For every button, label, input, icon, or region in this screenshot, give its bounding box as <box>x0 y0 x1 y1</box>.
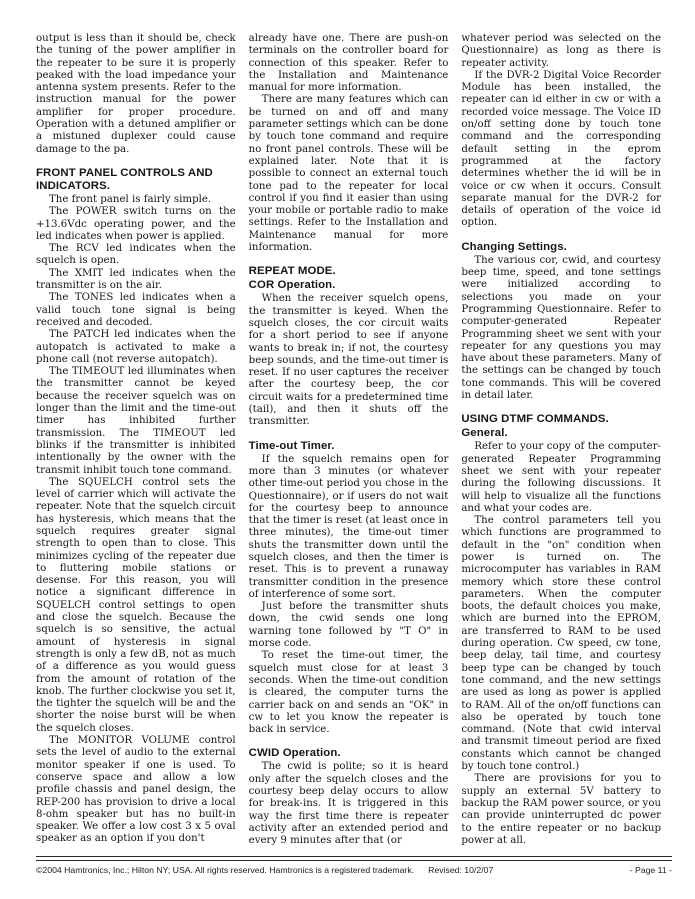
page-footer: ©2004 Hamtronics, Inc.; Hilton NY; USA. … <box>36 865 672 875</box>
document-page: output is less than it should be, check … <box>0 0 695 899</box>
paragraph: output is less than it should be, check … <box>36 33 236 156</box>
section-heading: REPEAT MODE. <box>249 265 449 278</box>
paragraph: To reset the time-out timer, the squelch… <box>249 650 449 736</box>
section-heading: Time-out Timer. <box>249 440 449 453</box>
text-column-3: whatever period was selected on the Ques… <box>461 33 661 851</box>
paragraph: When the receiver squelch opens, the tra… <box>249 293 449 428</box>
footer-copyright: ©2004 Hamtronics, Inc.; Hilton NY; USA. … <box>36 865 414 875</box>
paragraph: The control parameters tell you which fu… <box>461 515 661 773</box>
section-heading: General. <box>461 427 661 440</box>
paragraph: already have one. There are push-on term… <box>249 33 449 94</box>
paragraph: Refer to your copy of the computer-gener… <box>461 441 661 515</box>
paragraph: The PATCH led indicates when the autopat… <box>36 329 236 366</box>
section-heading: USING DTMF COMMANDS. <box>461 413 661 426</box>
paragraph: The MONITOR VOLUME control sets the leve… <box>36 735 236 846</box>
footer-rule <box>36 856 672 861</box>
paragraph: The TONES led indicates when a valid tou… <box>36 292 236 329</box>
section-heading: Changing Settings. <box>461 241 661 254</box>
paragraph: The cwid is polite; so it is heard only … <box>249 761 449 847</box>
footer-page-number: - Page 11 - <box>630 865 672 875</box>
paragraph: The RCV led indicates when the squelch i… <box>36 243 236 268</box>
section-heading: COR Operation. <box>249 279 449 292</box>
paragraph: The TIMEOUT led illuminates when the tra… <box>36 366 236 477</box>
section-heading: CWID Operation. <box>249 747 449 760</box>
section-heading: FRONT PANEL CONTROLS AND INDICATORS. <box>36 167 236 193</box>
paragraph: whatever period was selected on the Ques… <box>461 33 661 70</box>
text-column-1: output is less than it should be, check … <box>36 33 236 851</box>
paragraph: If the squelch remains open for more tha… <box>249 454 449 602</box>
paragraph: There are provisions for you to supply a… <box>461 773 661 847</box>
paragraph: The various cor, cwid, and courtesy beep… <box>461 255 661 403</box>
paragraph: If the DVR-2 Digital Voice Recorder Modu… <box>461 70 661 230</box>
text-column-2: already have one. There are push-on term… <box>249 33 449 851</box>
columns-container: output is less than it should be, check … <box>0 0 695 851</box>
paragraph: Just before the transmitter shuts down, … <box>249 601 449 650</box>
paragraph: There are many features which can be tur… <box>249 94 449 254</box>
paragraph: The POWER switch turns on the +13.6Vdc o… <box>36 206 236 243</box>
paragraph: The front panel is fairly simple. <box>36 194 236 206</box>
footer-revised-date: Revised: 10/2/07 <box>428 865 493 875</box>
paragraph: The XMIT led indicates when the transmit… <box>36 268 236 293</box>
paragraph: The SQUELCH control sets the level of ca… <box>36 477 236 735</box>
